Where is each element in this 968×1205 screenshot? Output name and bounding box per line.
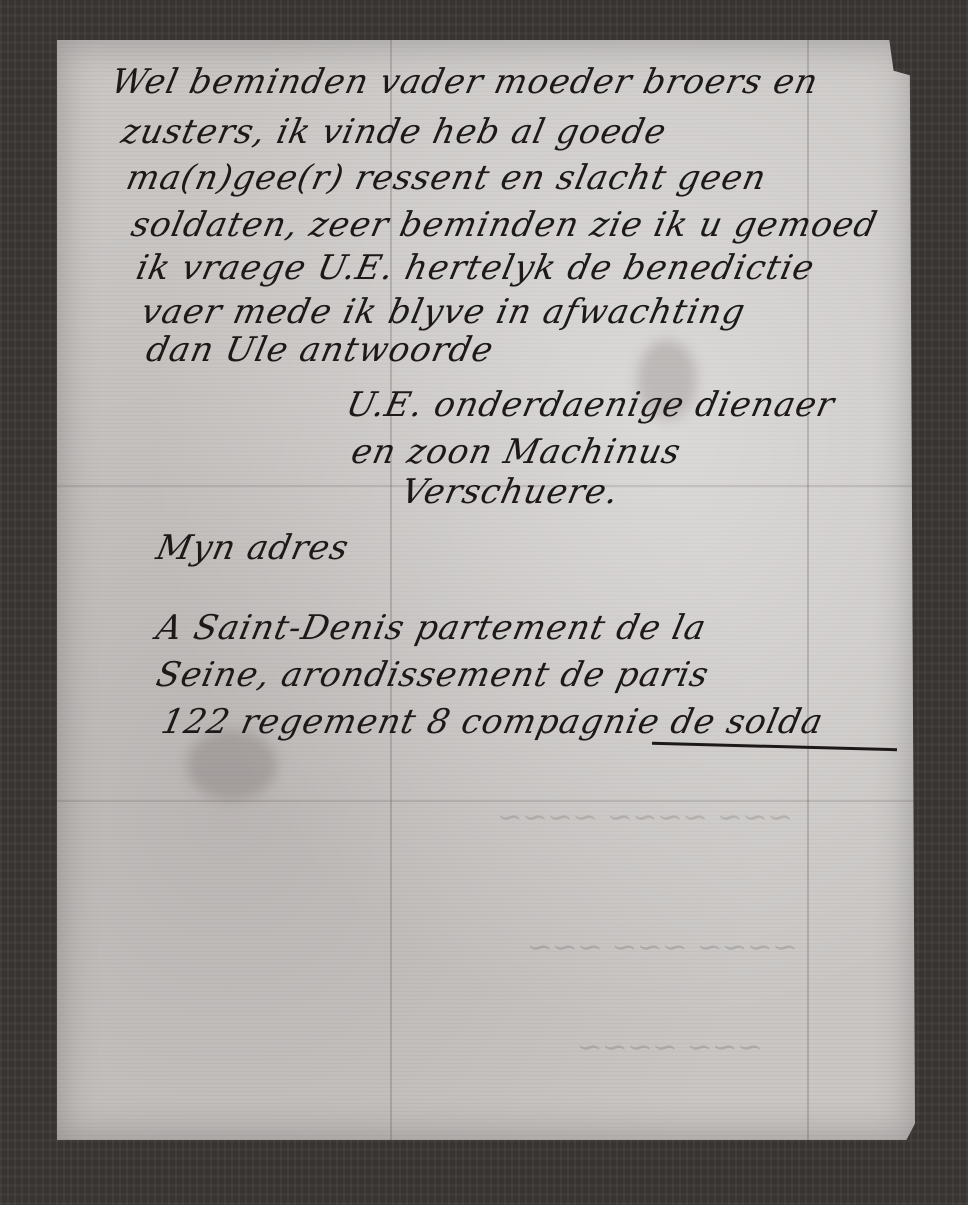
body-line: Wel beminden vader moeder broers en: [108, 62, 822, 102]
show-through-text: ~~~ ~~~~: [574, 1030, 766, 1065]
address-heading: Myn adres: [153, 528, 353, 568]
body-line: vaer mede ik blyve in afwachting: [138, 292, 749, 332]
signature: Verschuere.: [398, 472, 623, 512]
address-line: Seine, arondissement de paris: [153, 655, 713, 695]
underline-stroke: [652, 742, 897, 751]
body-line: ik vraege U.E. hertelyk de benedictie: [133, 248, 819, 288]
letter-page: ~~~ ~~~~ ~~~~ ~~~~ ~~~ ~~~ ~~~ ~~~~ Wel …: [57, 40, 915, 1140]
closing-line: U.E. onderdaenige dienaer: [343, 385, 839, 425]
body-line: soldaten, zeer beminden zie ik u gemoed: [128, 205, 882, 245]
body-line: dan Ule antwoorde: [143, 330, 498, 370]
address-line: 122 regement 8 compagnie de solda: [158, 702, 827, 742]
address-line: A Saint-Denis partement de la: [153, 608, 710, 648]
body-line: zusters, ik vinde heb al goede: [118, 112, 671, 152]
show-through-text: ~~~ ~~~~ ~~~~: [494, 800, 796, 835]
closing-line: en zoon Machinus: [348, 432, 685, 472]
body-line: ma(n)gee(r) ressent en slacht geen: [123, 158, 771, 198]
show-through-text: ~~~~ ~~~ ~~~: [524, 930, 801, 965]
